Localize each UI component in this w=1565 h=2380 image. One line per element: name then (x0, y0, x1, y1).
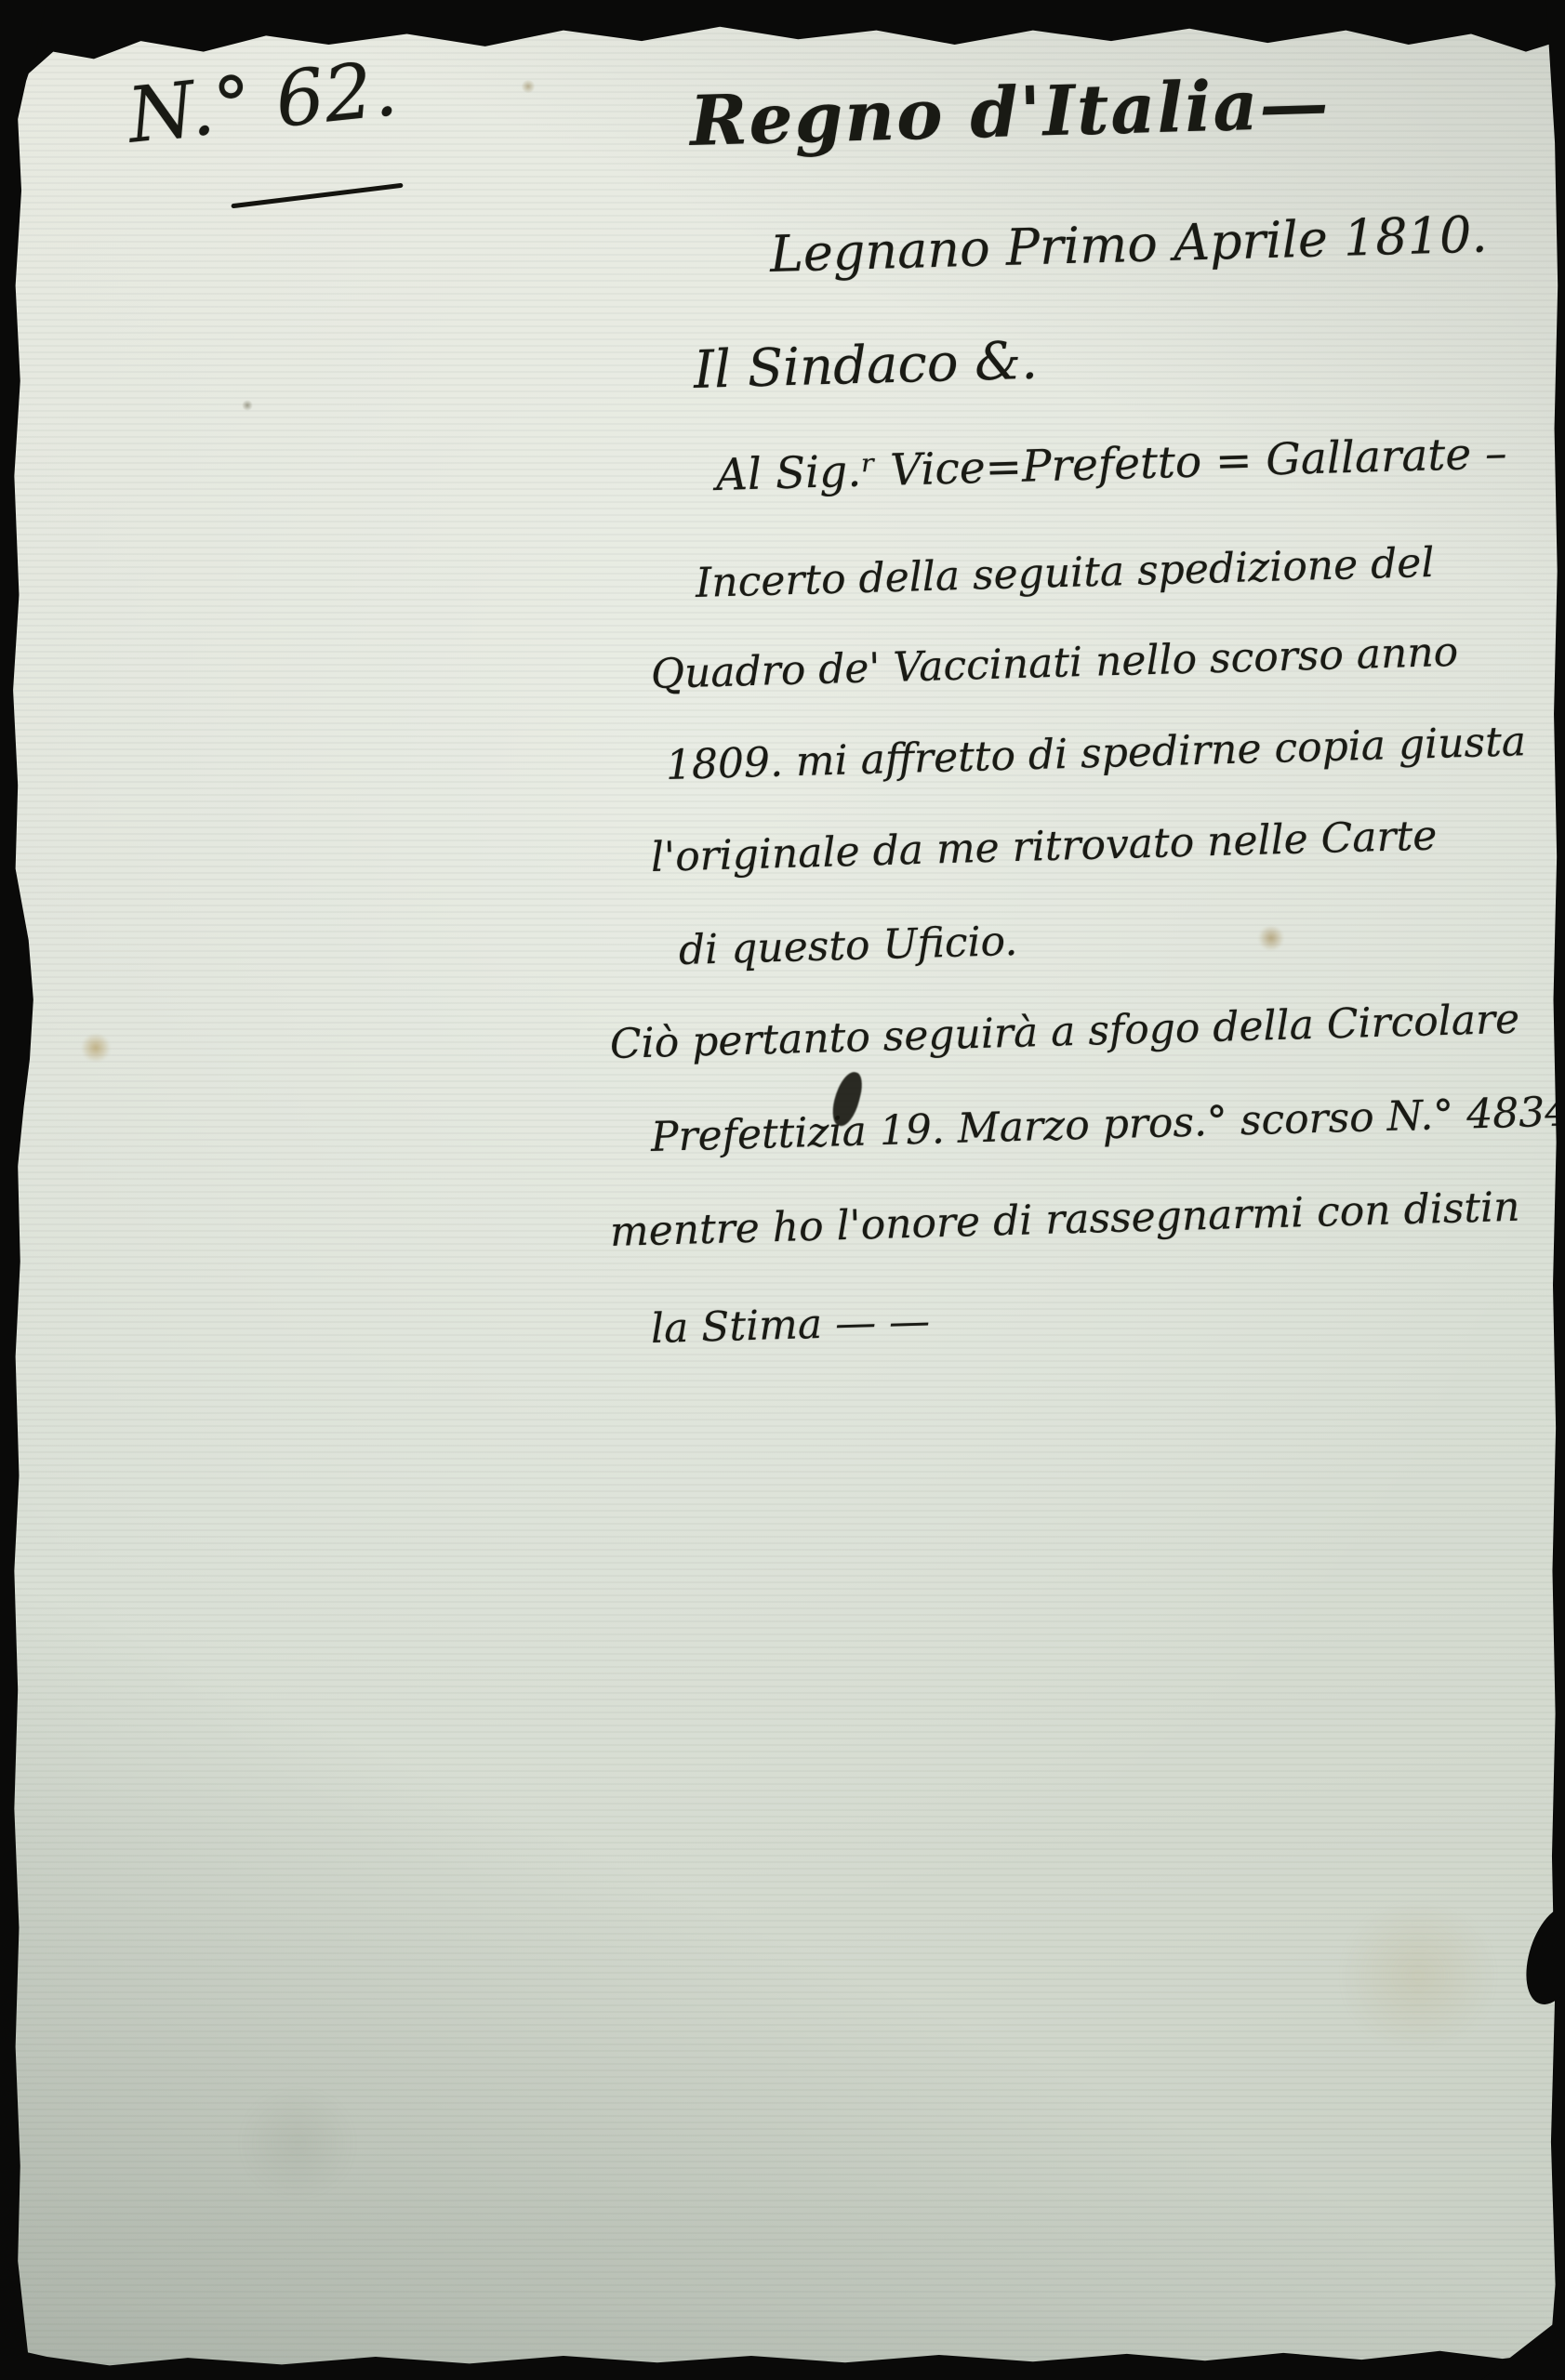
manuscript-scan: N.° 62. Regno d'Italia— Legnano Primo Ap… (0, 0, 1565, 2380)
body-line: di questo Uficio. (678, 918, 1018, 974)
body-line: la Stima — — (650, 1298, 930, 1353)
salutation-line: Il Sindaco &. (693, 331, 1039, 401)
